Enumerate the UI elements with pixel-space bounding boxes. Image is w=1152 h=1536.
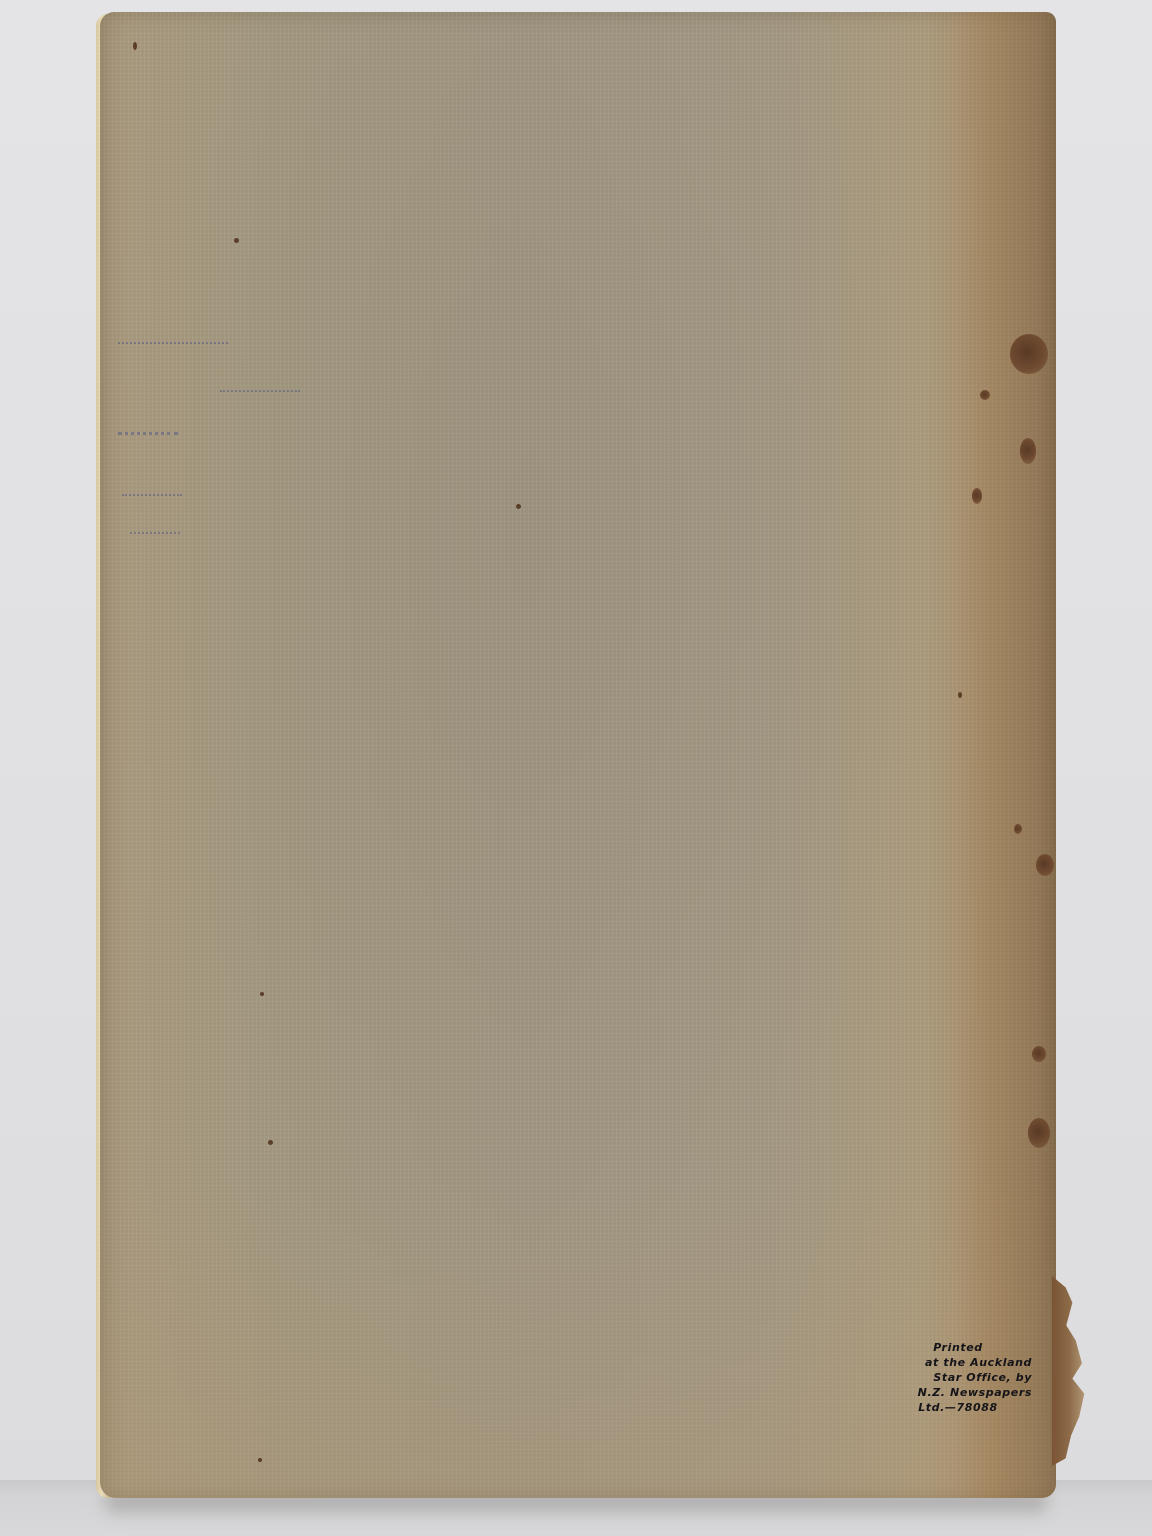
book-back-cover	[100, 12, 1056, 1498]
blue-offset-mark	[130, 532, 180, 534]
foxing-stain	[1036, 854, 1054, 876]
imprint-line: Printed	[884, 1340, 1032, 1355]
imprint-line: at the Auckland	[884, 1355, 1032, 1370]
spine-edge-darkening	[956, 12, 1056, 1498]
blue-offset-mark	[220, 390, 300, 392]
imprint-line: Ltd.—78088	[884, 1400, 1032, 1415]
blue-offset-mark	[122, 494, 182, 496]
foxing-stain	[1020, 438, 1036, 464]
speck-mark	[958, 692, 962, 698]
foxing-stain	[972, 488, 982, 504]
imprint-line: N.Z. Newspapers	[884, 1385, 1032, 1400]
speck-mark	[268, 1140, 273, 1145]
speck-mark	[260, 992, 264, 996]
foxing-stain	[1028, 1118, 1050, 1148]
printer-imprint: Printed at the Auckland Star Office, by …	[884, 1340, 1032, 1415]
speck-mark	[516, 504, 521, 509]
foxing-stain	[1032, 1046, 1046, 1062]
cover-discoloration	[100, 1178, 1056, 1498]
speck-mark	[234, 238, 239, 243]
speck-mark	[258, 1458, 262, 1462]
blue-offset-mark	[118, 342, 228, 344]
speck-mark	[133, 42, 137, 50]
blue-offset-mark	[118, 432, 178, 435]
foxing-stain	[1014, 824, 1022, 834]
foxing-stain	[1010, 334, 1048, 374]
foxing-stain	[980, 390, 990, 400]
torn-spine-fragment	[1052, 1276, 1086, 1466]
imprint-line: Star Office, by	[884, 1370, 1032, 1385]
